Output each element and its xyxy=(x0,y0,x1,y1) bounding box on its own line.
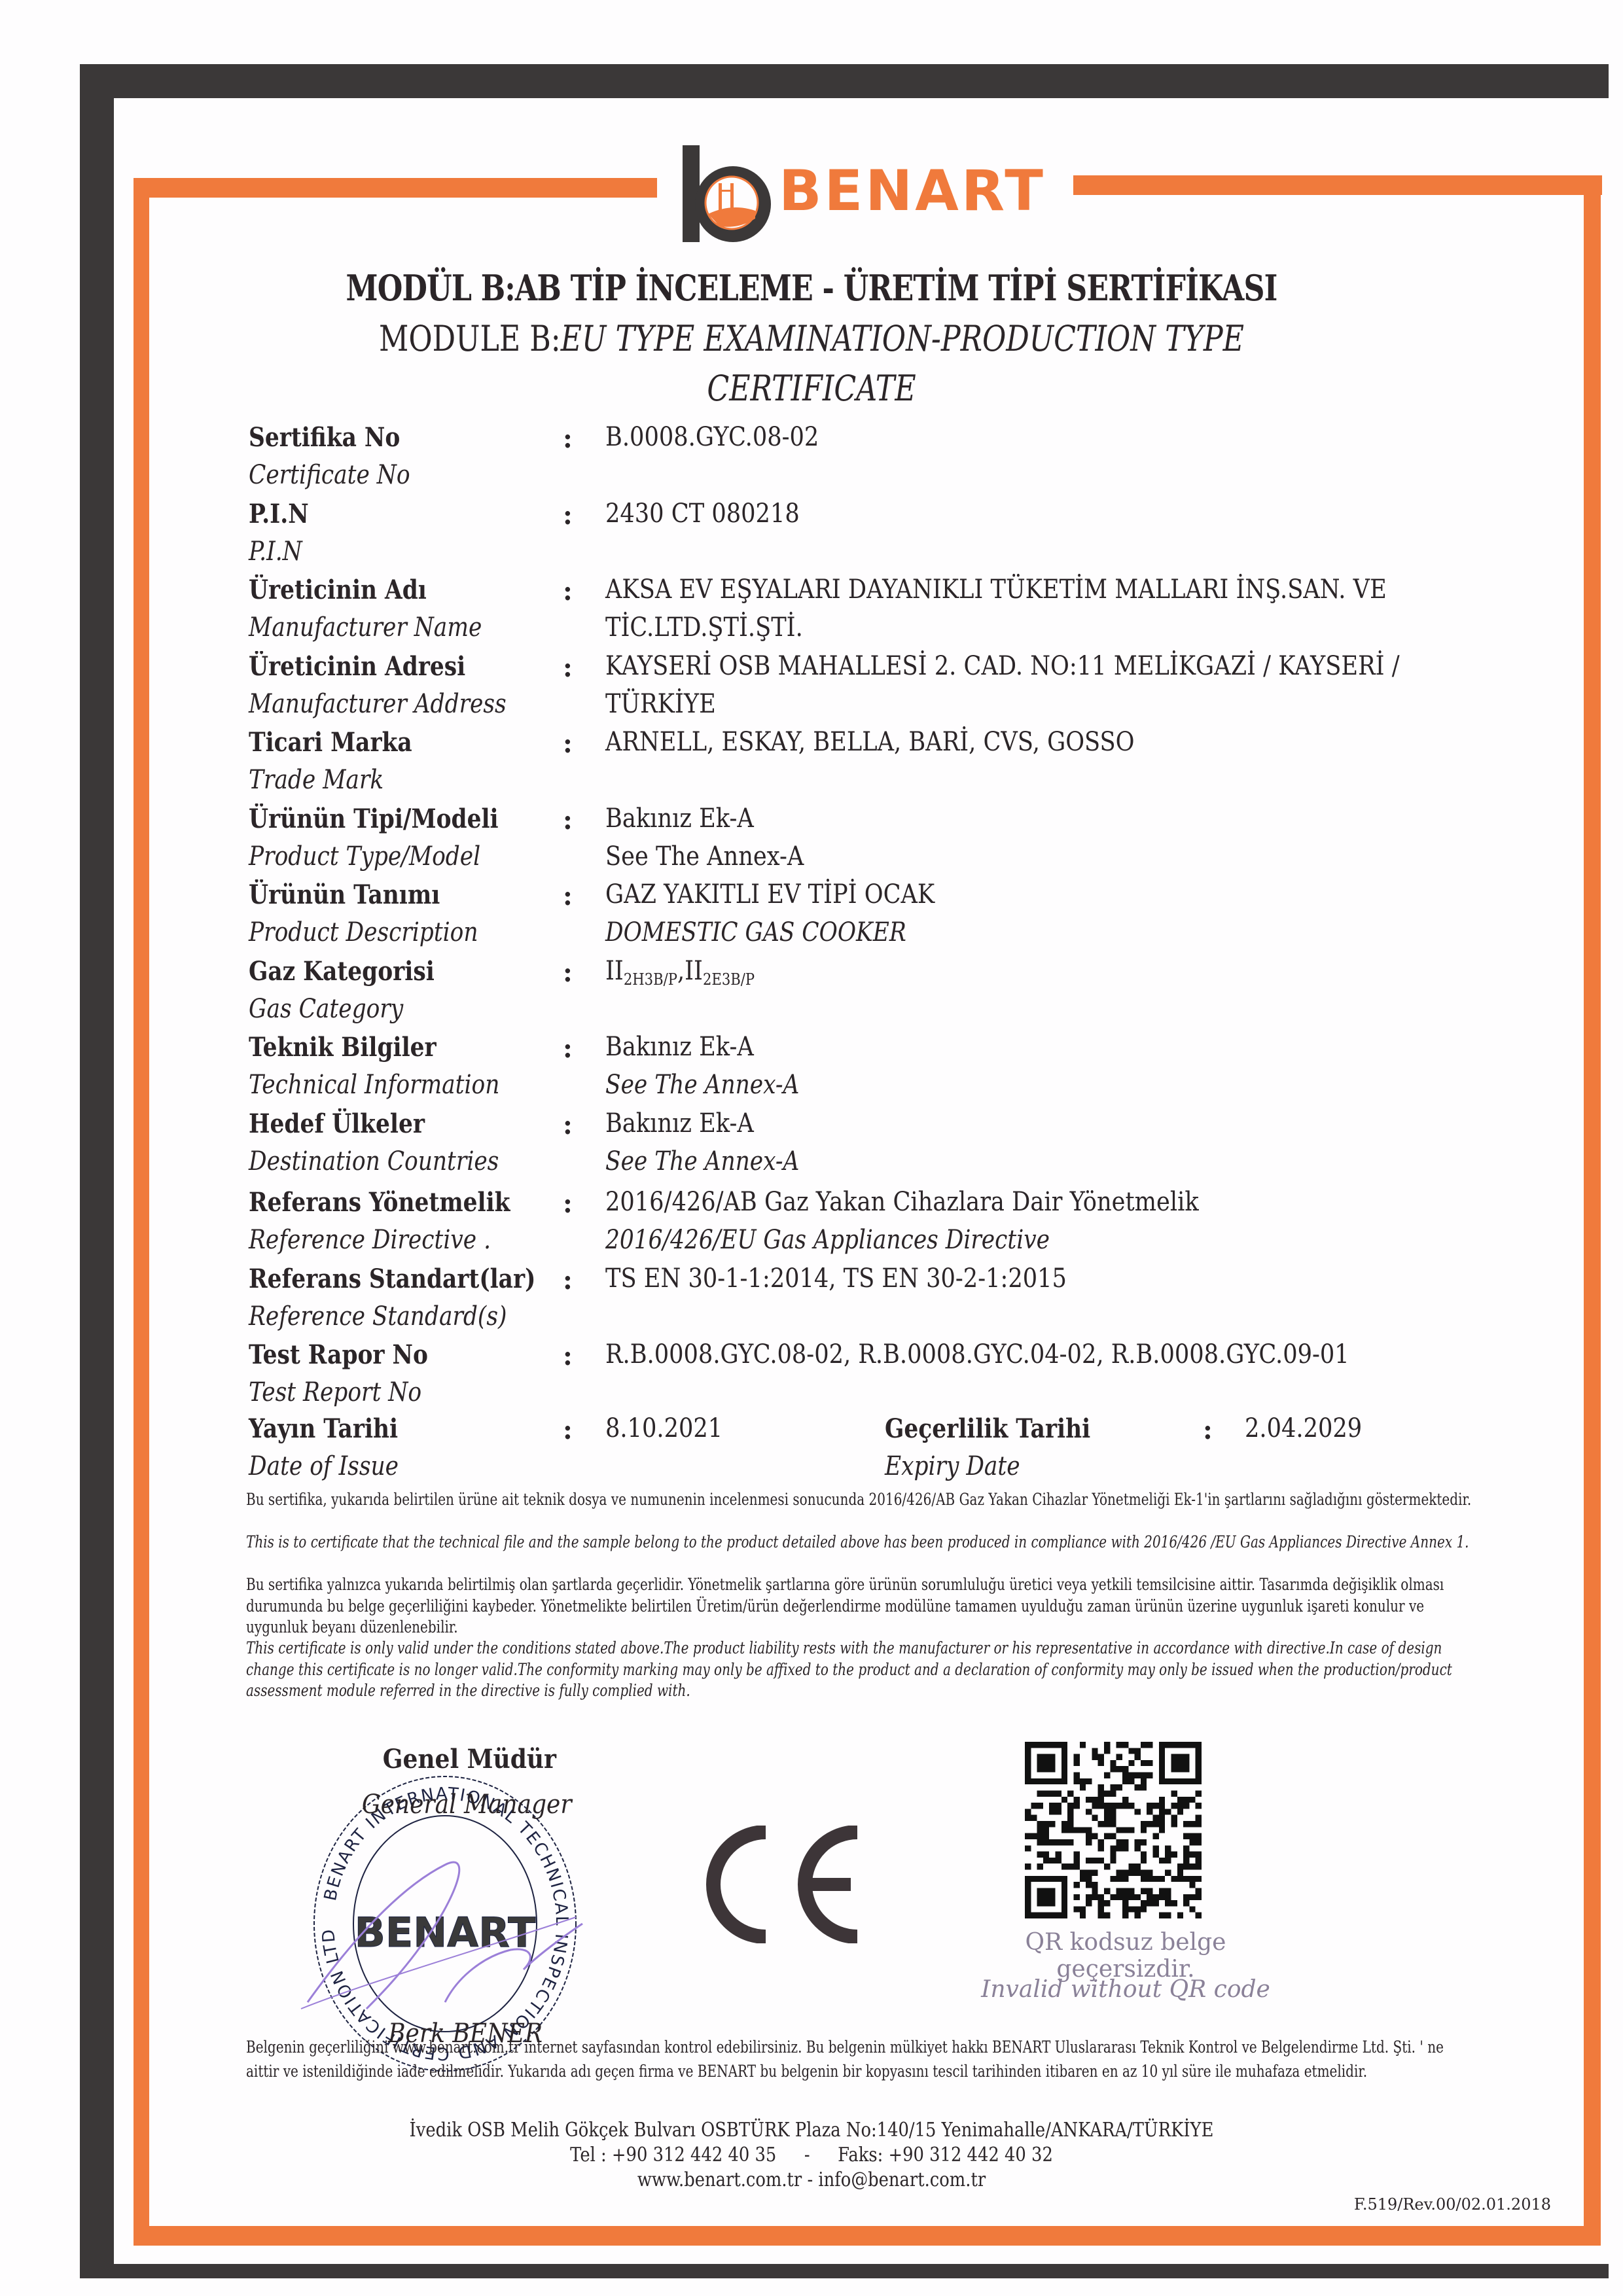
field-colon: : xyxy=(563,1188,573,1219)
field-label-en: Reference Directive . xyxy=(249,1225,491,1255)
statement-1-tr: Bu sertifika, yukarıda belirtilen ürüne … xyxy=(246,1489,1476,1511)
field-value: II2H3B/P,II2E3B/P xyxy=(605,956,755,989)
title-turkish: MODÜL B:AB TİP İNCELEME - ÜRETİM TİPİ SE… xyxy=(146,267,1477,309)
issue-date-label: Yayın Tarihi xyxy=(249,1413,398,1444)
qr-note-en: Invalid without QR code xyxy=(955,1976,1296,2003)
field-label: Üreticinin Adı xyxy=(249,574,427,605)
expiry-date-value: 2.04.2029 xyxy=(1245,1413,1362,1443)
field-colon: : xyxy=(563,423,573,454)
field-value-line2: See The Annex-A xyxy=(605,1146,799,1176)
field-colon: : xyxy=(563,1341,573,1371)
field-label: Hedef Ülkeler xyxy=(249,1108,425,1139)
field-colon: : xyxy=(563,1110,573,1140)
field-label: Ticari Marka xyxy=(249,727,412,758)
field-value: 2430 CT 080218 xyxy=(605,499,800,529)
qr-note-tr: QR kodsuz belge geçersizdir. xyxy=(955,1929,1296,1983)
field-colon: : xyxy=(563,881,573,911)
field-label-en: Gas Category xyxy=(249,994,403,1024)
inner-frame-right xyxy=(1584,175,1601,2246)
field-label-en: Manufacturer Name xyxy=(249,612,482,643)
brand-name: BENART xyxy=(779,158,1046,224)
issue-date-value: 8.10.2021 xyxy=(605,1413,722,1443)
field-label-en: Reference Standard(s) xyxy=(249,1301,507,1332)
field-label: Referans Yönetmelik xyxy=(249,1187,510,1218)
field-value: KAYSERİ OSB MAHALLESİ 2. CAD. NO:11 MELİ… xyxy=(605,651,1400,681)
field-colon: : xyxy=(563,805,573,836)
field-value: TS EN 30-1-1:2014, TS EN 30-2-1:2015 xyxy=(605,1263,1067,1294)
field-label-en: Product Description xyxy=(249,917,478,947)
field-label: Teknik Bilgiler xyxy=(249,1032,437,1063)
expiry-date-colon: : xyxy=(1203,1415,1213,1445)
issue-date-colon: : xyxy=(563,1415,573,1445)
title-english-line1: MODULE B:EU TYPE EXAMINATION-PRODUCTION … xyxy=(146,318,1477,359)
form-code: F.519/Rev.00/02.01.2018 xyxy=(1335,2195,1551,2214)
field-value: R.B.0008.GYC.08-02, R.B.0008.GYC.04-02, … xyxy=(605,1339,1349,1369)
field-colon: : xyxy=(563,576,573,607)
field-label-en: Destination Countries xyxy=(249,1146,499,1176)
separator: - xyxy=(782,2144,832,2166)
ce-mark-icon xyxy=(704,1826,867,1943)
field-label-en: Manufacturer Address xyxy=(249,689,507,719)
field-label-en: Product Type/Model xyxy=(249,841,480,872)
contact-phones: Tel : +90 312 442 40 35 - Faks: +90 312 … xyxy=(114,2144,1510,2166)
field-value-line2: DOMESTIC GAS COOKER xyxy=(605,917,906,947)
field-label-en: P.I.N xyxy=(249,537,302,567)
expiry-date-label-en: Expiry Date xyxy=(885,1451,1020,1481)
signatory-title-en: General Manager xyxy=(362,1790,572,1820)
field-colon: : xyxy=(563,500,573,531)
validity-note: Belgenin geçerliliğini www.benart.com.tr… xyxy=(246,2035,1476,2083)
company-address: İvedik OSB Melih Gökçek Bulvarı OSBTÜRK … xyxy=(114,2119,1510,2142)
inner-frame-top-right xyxy=(1073,175,1602,195)
benart-b-emblem-icon xyxy=(681,145,779,243)
field-colon: : xyxy=(563,1033,573,1064)
field-value: Bakınız Ek-A xyxy=(605,1108,754,1139)
field-value: Bakınız Ek-A xyxy=(605,804,754,834)
field-label: Sertifika No xyxy=(249,422,400,453)
expiry-date-label: Geçerlilik Tarihi xyxy=(885,1413,1090,1444)
inner-frame-left xyxy=(134,178,149,2246)
field-value-line2: TİC.LTD.ŞTİ.ŞTİ. xyxy=(605,612,803,643)
field-value-line2: 2016/426/EU Gas Appliances Directive xyxy=(605,1225,1050,1255)
field-label: Referans Standart(lar) xyxy=(249,1263,535,1294)
qr-code-icon xyxy=(1021,1742,1205,1918)
inner-frame-top-left xyxy=(134,178,657,198)
field-label-en: Certificate No xyxy=(249,460,410,490)
field-value-line2: See The Annex-A xyxy=(605,1070,799,1100)
phone: Tel : +90 312 442 40 35 xyxy=(570,2144,776,2166)
field-value: 2016/426/AB Gaz Yakan Cihazlara Dair Yön… xyxy=(605,1187,1199,1217)
signatory-title-tr: Genel Müdür xyxy=(383,1744,556,1775)
statement-2-en: This certificate is only valid under the… xyxy=(246,1638,1476,1702)
field-colon: : xyxy=(563,652,573,683)
field-label: P.I.N xyxy=(249,499,309,529)
field-colon: : xyxy=(563,957,573,988)
field-label: Ürünün Tanımı xyxy=(249,879,440,910)
field-value: GAZ YAKITLI EV TİPİ OCAK xyxy=(605,879,935,910)
field-label: Ürünün Tipi/Modeli xyxy=(249,804,499,834)
field-value-line2: See The Annex-A xyxy=(605,841,804,872)
field-colon: : xyxy=(563,728,573,759)
fax: Faks: +90 312 442 40 32 xyxy=(838,2144,1053,2166)
issue-date-label-en: Date of Issue xyxy=(249,1451,399,1481)
outer-frame-top xyxy=(80,64,1609,98)
field-label-en: Trade Mark xyxy=(249,765,383,795)
field-label: Test Rapor No xyxy=(249,1339,428,1370)
field-value: ARNELL, ESKAY, BELLA, BARİ, CVS, GOSSO xyxy=(605,727,1135,757)
field-value: B.0008.GYC.08-02 xyxy=(605,422,819,452)
field-label: Üreticinin Adresi xyxy=(249,651,465,682)
statement-2-tr: Bu sertifika yalnızca yukarıda belirtilm… xyxy=(246,1574,1476,1638)
field-label-en: Technical Information xyxy=(249,1070,499,1100)
field-colon: : xyxy=(563,1265,573,1296)
field-value-line2: TÜRKİYE xyxy=(605,689,716,719)
outer-frame-left xyxy=(80,64,114,2277)
title-english-line2: CERTIFICATE xyxy=(146,368,1477,409)
field-value: Bakınız Ek-A xyxy=(605,1032,754,1062)
field-label-en: Test Report No xyxy=(249,1377,421,1407)
outer-frame-bottom xyxy=(80,2264,1609,2278)
statement-1-en: This is to certificate that the technica… xyxy=(246,1532,1476,1553)
inner-frame-bottom xyxy=(134,2226,1601,2246)
svg-text:BENART: BENART xyxy=(355,1909,536,1956)
web-and-email[interactable]: www.benart.com.tr - info@benart.com.tr xyxy=(114,2168,1510,2191)
field-value: AKSA EV EŞYALARI DAYANIKLI TÜKETİM MALLA… xyxy=(605,574,1387,605)
field-label: Gaz Kategorisi xyxy=(249,956,435,987)
benart-logo: BENART xyxy=(681,145,1073,243)
